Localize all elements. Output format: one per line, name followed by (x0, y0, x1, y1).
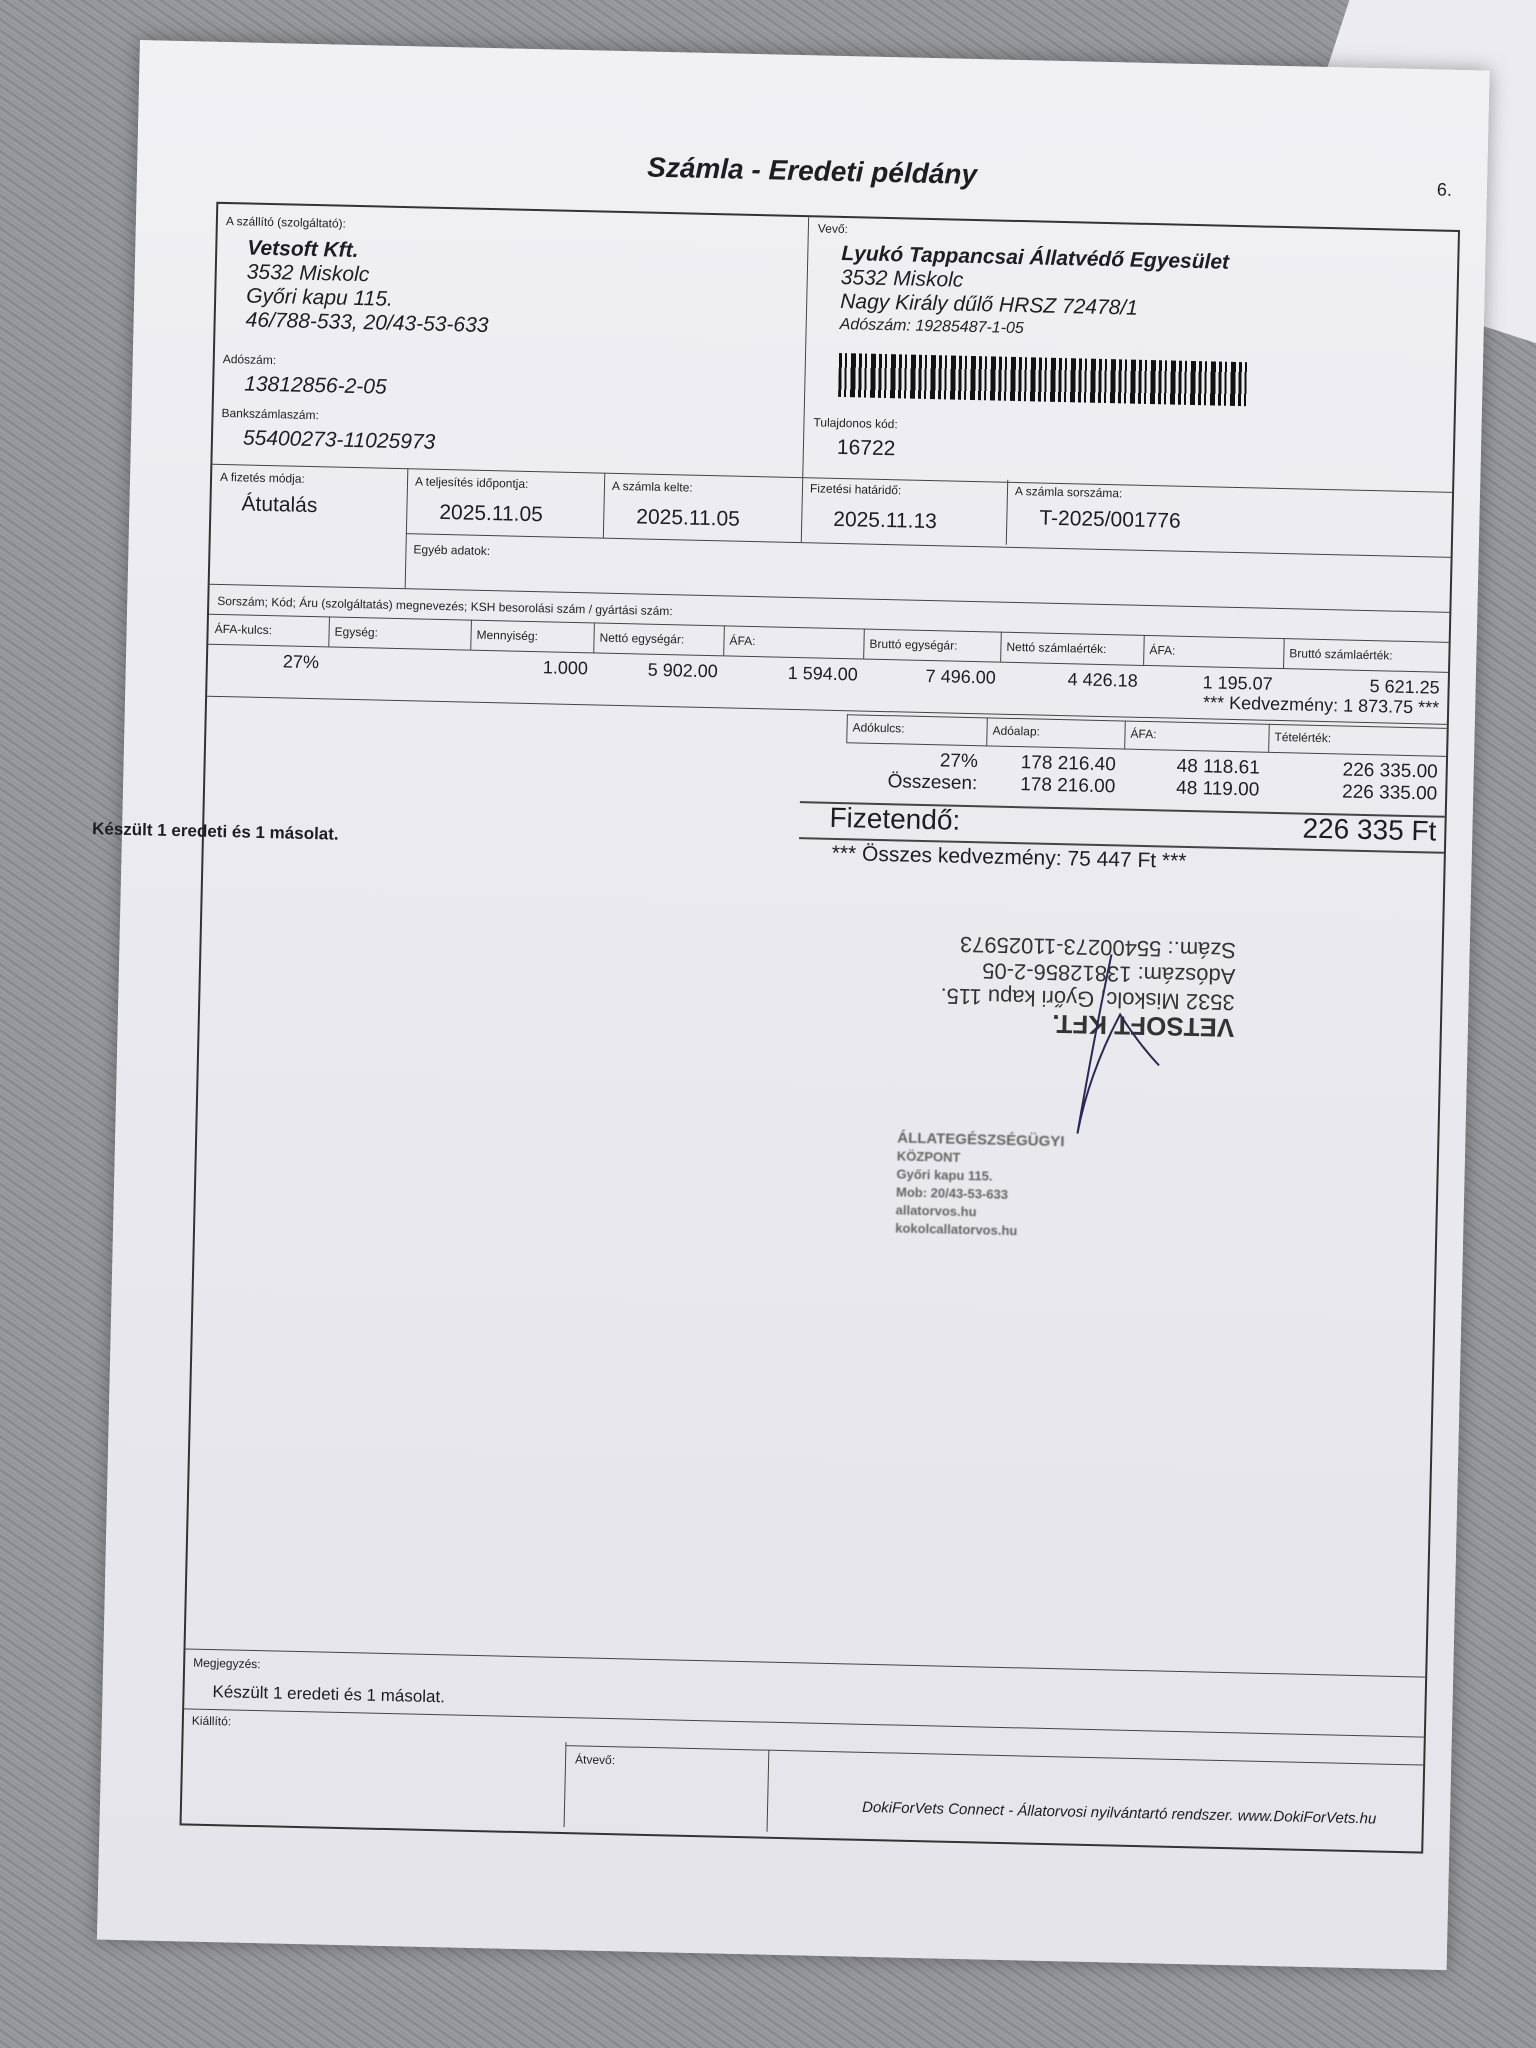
invoice: Számla - Eredeti példány 6. A szállító (… (218, 122, 1438, 150)
other-data-label: Egyéb adatok: (413, 542, 490, 558)
invoice-date-label: A számla kelte: (612, 479, 693, 495)
supplier-city: 3532 Miskolc (246, 260, 369, 287)
column-header: Mennyiség: (476, 628, 538, 643)
payment-method: Átutalás (241, 492, 317, 518)
buyer-tax: Adószám: 19285487-1-05 (840, 316, 1024, 338)
supplier-bank-label: Bankszámlaszám: (221, 406, 319, 422)
supplier-label: A szállító (szolgáltató): (226, 214, 346, 231)
footer-text: DokiForVets Connect - Állatorvosi nyilvá… (862, 1799, 1377, 1828)
payable-amount: 226 335 Ft (1164, 809, 1437, 847)
item-gross-unit: 7 496.00 (876, 665, 996, 689)
fulfillment-date-label: A teljesítés időpontja: (415, 474, 529, 491)
item-vat-rate: 27% (283, 651, 403, 675)
due-date: 2025.11.13 (833, 508, 937, 534)
serial-label: A számla sorszáma: (1015, 484, 1123, 500)
payable-label: Fizetendő: (829, 802, 960, 837)
invoice-title: Számla - Eredeti példány (647, 152, 978, 191)
invoice-frame: A szállító (szolgáltató): Vetsoft Kft. 3… (180, 202, 1461, 1854)
column-header: Nettó számlaérték: (1006, 640, 1106, 656)
summary-vat: 48 119.00 (1117, 776, 1259, 801)
owner-code: 16722 (837, 436, 896, 461)
supplier-bank-account: 55400273-11025973 (243, 426, 436, 454)
clinic-stamp: ÁLLATEGÉSZSÉGÜGYI KÖZPONT Győri kapu 115… (895, 1129, 1065, 1241)
invoice-date: 2025.11.05 (636, 505, 740, 531)
summary-vat: 48 118.61 (1118, 754, 1260, 779)
item-net-unit: 5 902.00 (598, 659, 718, 683)
column-header: ÁFA: (1149, 643, 1175, 658)
invoice-paper: Számla - Eredeti példány 6. A szállító (… (97, 40, 1490, 1970)
item-qty: 1.000 (468, 656, 588, 680)
supplier-tax-id: 13812856-2-05 (244, 372, 387, 399)
summary-label: Összesen: (835, 770, 977, 795)
summary-base: 178 216.00 (973, 773, 1115, 798)
buyer-label: Vevő: (818, 221, 848, 236)
signature (1047, 953, 1172, 1156)
supplier-tax-label: Adószám: (223, 352, 277, 367)
due-date-label: Fizetési határidő: (810, 481, 902, 497)
corner-number: 6. (1437, 179, 1452, 200)
copies-note: Készült 1 eredeti és 1 másolat. (92, 819, 339, 845)
serial-number: T-2025/001776 (1039, 507, 1181, 534)
summary-total: 226 335.00 (1295, 780, 1437, 805)
summary-column-header: Tételérték: (1274, 730, 1331, 745)
issuer-label: Kiállító: (192, 1714, 232, 1729)
supplier-address: Győri kapu 115. (246, 284, 393, 311)
column-header: ÁFA: (729, 634, 755, 649)
summary-total: 226 335.00 (1295, 758, 1437, 783)
summary-column-header: Adókulcs: (852, 720, 904, 735)
summary-label: 27% (836, 748, 978, 773)
payment-method-label: A fizetés módja: (220, 470, 305, 486)
remark: Készült 1 eredeti és 1 másolat. (212, 1682, 445, 1707)
summary-column-header: ÁFA: (1130, 727, 1156, 742)
summary-column-header: Adóalap: (992, 724, 1040, 739)
column-header: Egység: (334, 625, 378, 640)
owner-code-label: Tulajdonos kód: (813, 415, 898, 431)
column-header: Bruttó számlaérték: (1289, 646, 1393, 662)
barcode (838, 353, 1249, 406)
supplier-phone: 46/788-533, 20/43-53-633 (245, 308, 488, 338)
column-header: Nettó egységár: (599, 631, 684, 647)
supplier-name: Vetsoft Kft. (247, 236, 359, 263)
column-header: ÁFA-kulcs: (215, 622, 273, 637)
item-net-total: 4 426.18 (1018, 668, 1138, 692)
column-header: Bruttó egységár: (869, 637, 957, 653)
buyer-city: 3532 Miskolc (841, 266, 964, 293)
item-vat: 1 594.00 (738, 662, 858, 686)
receiver-label: Átvevő: (575, 1752, 615, 1767)
summary-base: 178 216.40 (974, 751, 1116, 776)
fulfillment-date: 2025.11.05 (439, 501, 543, 527)
remark-label: Megjegyzés: (193, 1656, 261, 1672)
